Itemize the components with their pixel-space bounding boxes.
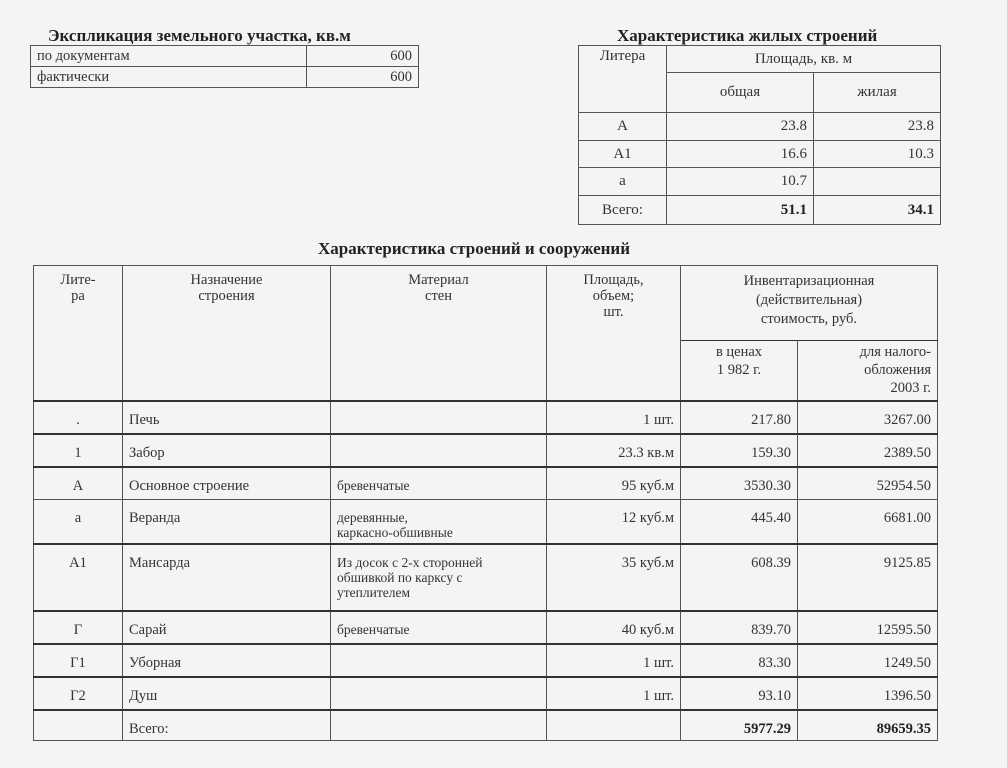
header-material: Материал стен <box>331 266 547 401</box>
header-litera: Лите- ра <box>34 266 123 401</box>
cell-living: 10.3 <box>814 141 941 168</box>
table-row: . Печь 1 шт. 217.80 3267.00 <box>34 401 938 434</box>
land-explication-title: Экспликация земельного участка, кв.м <box>48 26 351 46</box>
table-row: Г2 Душ 1 шт. 93.10 1396.50 <box>34 677 938 710</box>
cell-price-2003: 1396.50 <box>798 677 938 710</box>
cell-price-2003: 2389.50 <box>798 434 938 467</box>
cell-price-2003: 12595.50 <box>798 611 938 644</box>
cell-total: 16.6 <box>667 141 814 168</box>
total-row: Всего: 51.1 34.1 <box>579 196 941 225</box>
header-price-1982: в ценах 1 982 г. <box>681 341 798 401</box>
cell-litera: А1 <box>34 544 123 611</box>
cell-total: 10.7 <box>667 168 814 196</box>
cell-area: 1 шт. <box>547 644 681 677</box>
cell-living <box>814 168 941 196</box>
header-area: Площадь, кв. м <box>667 46 941 73</box>
cell-living: 23.8 <box>814 113 941 141</box>
total-row: Всего: 5977.29 89659.35 <box>34 710 938 741</box>
living-buildings-title: Характеристика жилых строений <box>617 26 877 46</box>
cell-area: 12 куб.м <box>547 500 681 544</box>
table-row: Г Сарай бревенчатые 40 куб.м 839.70 1259… <box>34 611 938 644</box>
cell-area: 23.3 кв.м <box>547 434 681 467</box>
cell-price-2003: 6681.00 <box>798 500 938 544</box>
cell-material <box>331 677 547 710</box>
cell-price-1982: 608.39 <box>681 544 798 611</box>
table-row: а 10.7 <box>579 168 941 196</box>
cell-price-1982: 445.40 <box>681 500 798 544</box>
cell-price-1982: 93.10 <box>681 677 798 710</box>
cell-purpose: Веранда <box>123 500 331 544</box>
header-total: общая <box>667 73 814 113</box>
land-explication-table: по документам 600 фактически 600 <box>30 45 419 88</box>
cell-price-1982: 3530.30 <box>681 467 798 500</box>
living-buildings-table: Литера Площадь, кв. м общая жилая А 23.8… <box>578 45 941 225</box>
cell-price-2003: 1249.50 <box>798 644 938 677</box>
table-row: А1 16.6 10.3 <box>579 141 941 168</box>
cell-purpose: Основное строение <box>123 467 331 500</box>
total-label: Всего: <box>123 710 331 741</box>
cell-material <box>331 434 547 467</box>
land-row-label: фактически <box>31 67 307 88</box>
cell-empty <box>331 710 547 741</box>
cell-material: Из досок с 2-х сторонней обшивкой по кар… <box>331 544 547 611</box>
cell-area: 40 куб.м <box>547 611 681 644</box>
table-row: а Веранда деревянные, каркасно-обшивные … <box>34 500 938 544</box>
table-row: А1 Мансарда Из досок с 2-х сторонней обш… <box>34 544 938 611</box>
cell-material: деревянные, каркасно-обшивные <box>331 500 547 544</box>
cell-price-1982: 83.30 <box>681 644 798 677</box>
cell-price-2003: 3267.00 <box>798 401 938 434</box>
table-row: А 23.8 23.8 <box>579 113 941 141</box>
total-label: Всего: <box>579 196 667 225</box>
header-living: жилая <box>814 73 941 113</box>
cell-total: 23.8 <box>667 113 814 141</box>
total-price-2003: 89659.35 <box>798 710 938 741</box>
structures-title: Характеристика строений и сооружений <box>318 239 630 259</box>
cell-price-1982: 217.80 <box>681 401 798 434</box>
cell-material: бревенчатые <box>331 467 547 500</box>
cell-purpose: Печь <box>123 401 331 434</box>
cell-area: 95 куб.м <box>547 467 681 500</box>
cell-area: 1 шт. <box>547 677 681 710</box>
total-total: 51.1 <box>667 196 814 225</box>
header-area: Площадь, объем; шт. <box>547 266 681 401</box>
cell-litera: Г2 <box>34 677 123 710</box>
cell-litera: а <box>579 168 667 196</box>
cell-litera: А <box>34 467 123 500</box>
header-purpose: Назначение строения <box>123 266 331 401</box>
cell-material <box>331 644 547 677</box>
header-litera: Литера <box>579 46 667 113</box>
cell-litera: 1 <box>34 434 123 467</box>
cell-litera: а <box>34 500 123 544</box>
cell-purpose: Забор <box>123 434 331 467</box>
table-row: А Основное строение бревенчатые 95 куб.м… <box>34 467 938 500</box>
header-price-2003: для налого- обложения 2003 г. <box>798 341 938 401</box>
cell-price-1982: 839.70 <box>681 611 798 644</box>
total-living: 34.1 <box>814 196 941 225</box>
land-row-value: 600 <box>307 67 419 88</box>
land-row-value: 600 <box>307 46 419 67</box>
total-price-1982: 5977.29 <box>681 710 798 741</box>
cell-price-2003: 52954.50 <box>798 467 938 500</box>
header-value: Инвентаризационная (действительная) стои… <box>681 266 938 341</box>
cell-purpose: Уборная <box>123 644 331 677</box>
cell-purpose: Мансарда <box>123 544 331 611</box>
cell-empty <box>34 710 123 741</box>
cell-purpose: Душ <box>123 677 331 710</box>
table-row: фактически 600 <box>31 67 419 88</box>
cell-material: бревенчатые <box>331 611 547 644</box>
cell-litera: Г1 <box>34 644 123 677</box>
table-row: 1 Забор 23.3 кв.м 159.30 2389.50 <box>34 434 938 467</box>
cell-litera: Г <box>34 611 123 644</box>
land-row-label: по документам <box>31 46 307 67</box>
cell-price-1982: 159.30 <box>681 434 798 467</box>
cell-litera: А1 <box>579 141 667 168</box>
cell-area: 1 шт. <box>547 401 681 434</box>
structures-table: Лите- ра Назначение строения Материал ст… <box>33 265 938 741</box>
cell-material <box>331 401 547 434</box>
cell-purpose: Сарай <box>123 611 331 644</box>
cell-price-2003: 9125.85 <box>798 544 938 611</box>
cell-litera: А <box>579 113 667 141</box>
table-row: по документам 600 <box>31 46 419 67</box>
cell-empty <box>547 710 681 741</box>
cell-litera: . <box>34 401 123 434</box>
table-row: Г1 Уборная 1 шт. 83.30 1249.50 <box>34 644 938 677</box>
cell-area: 35 куб.м <box>547 544 681 611</box>
